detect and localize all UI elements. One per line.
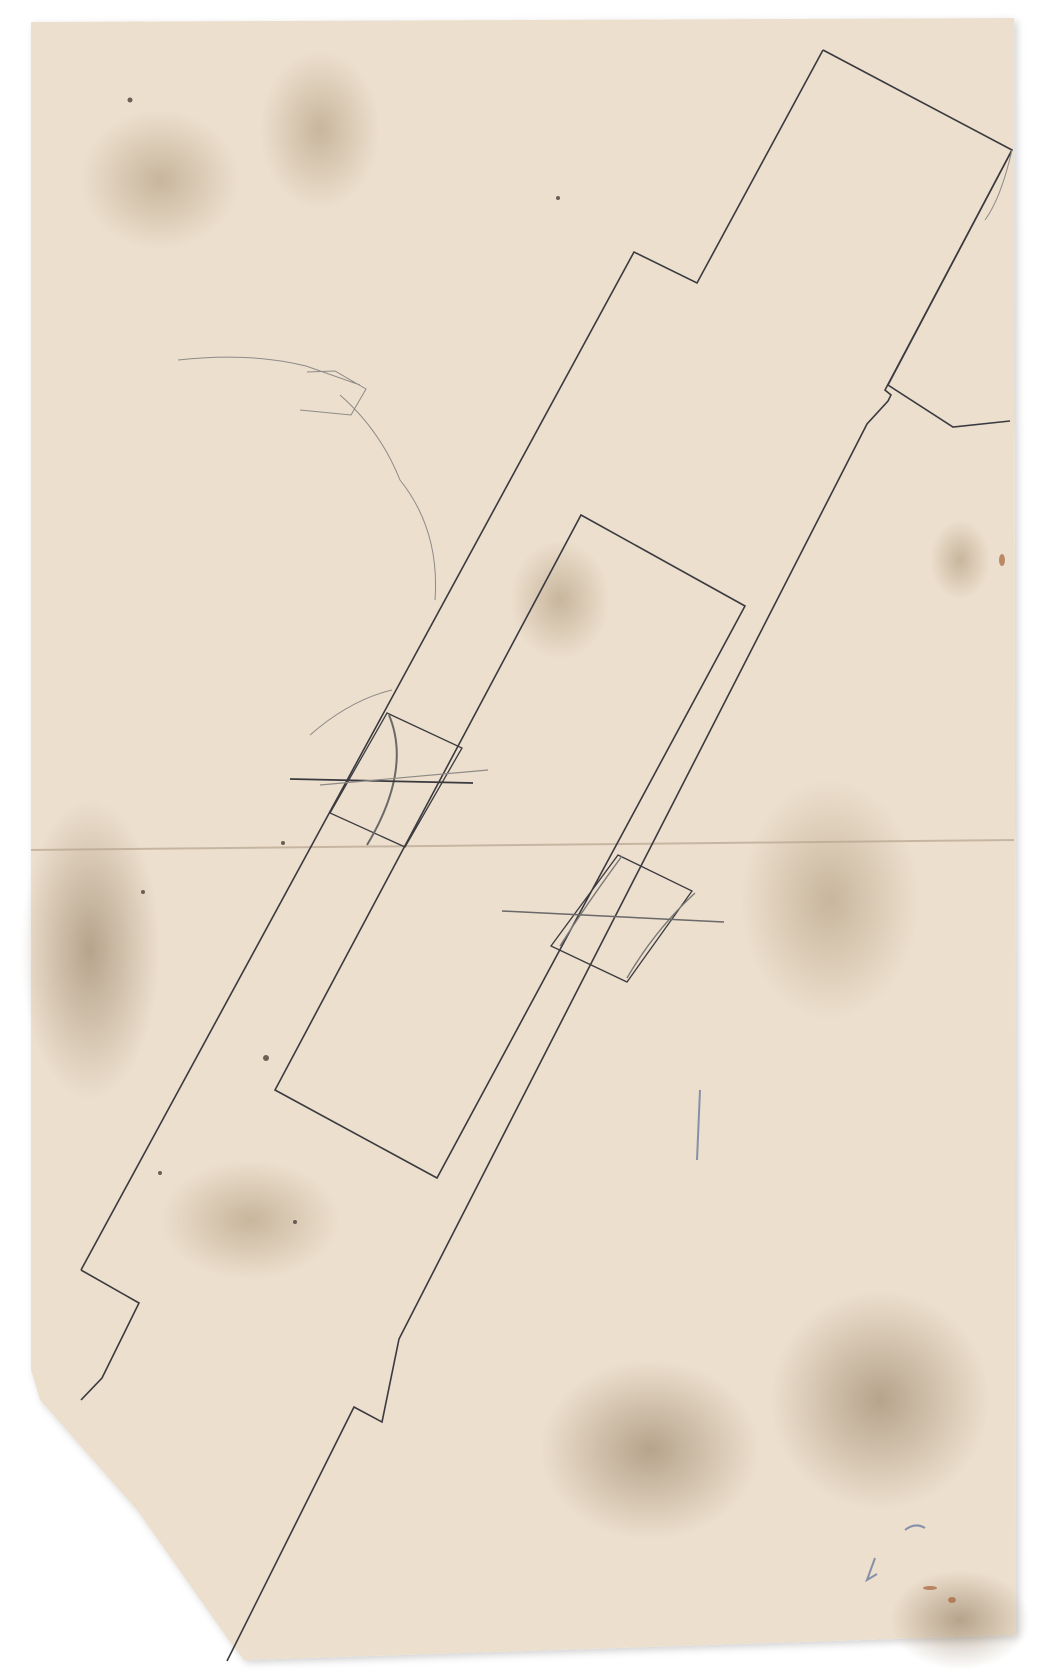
scanned-sheet — [0, 0, 1044, 1680]
paper-sheet — [20, 18, 1030, 1670]
sheet-canvas — [0, 0, 1044, 1680]
